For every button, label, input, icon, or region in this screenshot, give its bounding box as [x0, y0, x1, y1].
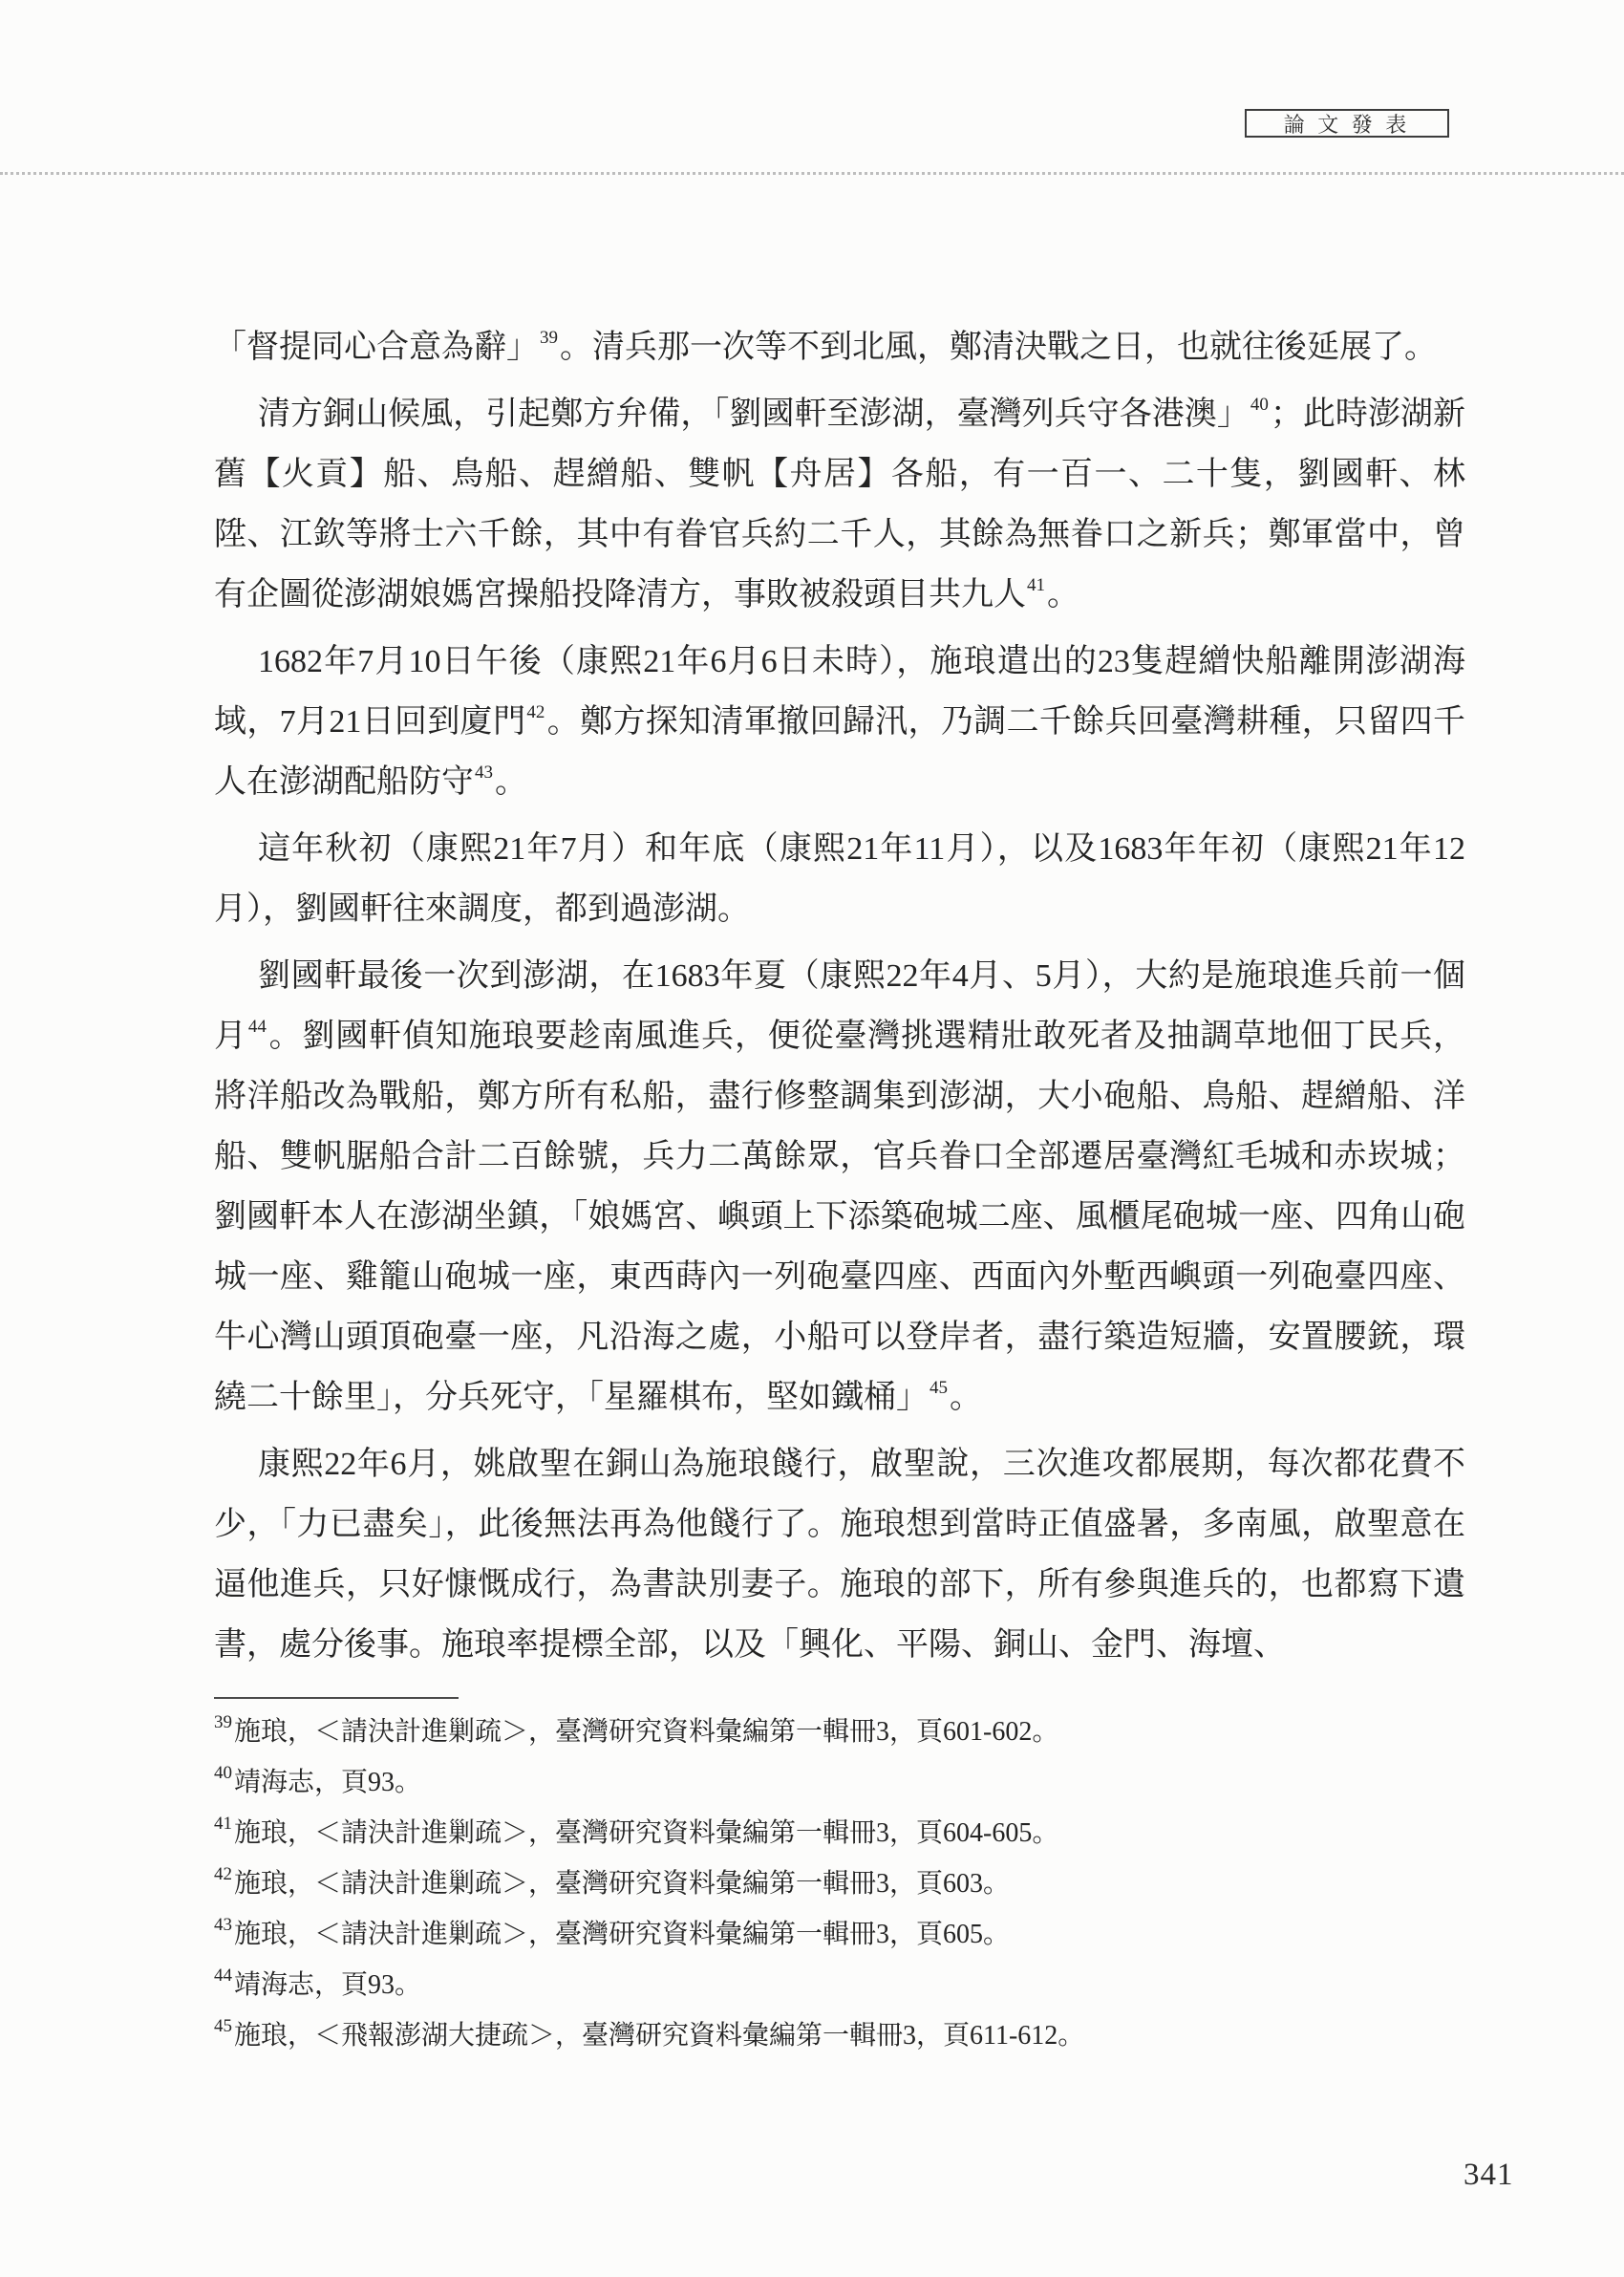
- footnote-ref: 39: [539, 328, 560, 348]
- footnote: 40靖海志，頁93。: [214, 1767, 1485, 1799]
- footnote-text: 靖海志，頁93。: [234, 1970, 421, 2000]
- footnote-text: 施琅，＜請決計進剿疏＞，臺灣研究資料彙編第一輯冊3，頁601-602。: [234, 1717, 1058, 1747]
- body-paragraph: 這年秋初（康熙21年7月）和年底（康熙21年11月），以及1683年年初（康熙2…: [214, 819, 1465, 939]
- session-header-badge: 論 文 發 表: [1245, 109, 1449, 138]
- footnote-number: 43: [214, 1915, 234, 1935]
- footnote-number: 39: [214, 1712, 234, 1732]
- body-paragraph: 康熙22年6月，姚啟聖在銅山為施琅餞行，啟聖說，三次進攻都展期，每次都花費不少，…: [214, 1434, 1465, 1675]
- footnote-number: 40: [214, 1763, 234, 1783]
- footnote: 45施琅，＜飛報澎湖大捷疏＞，臺灣研究資料彙編第一輯冊3，頁611-612。: [214, 2020, 1485, 2052]
- footnote-ref: 40: [1250, 395, 1271, 415]
- footnote: 39施琅，＜請決計進剿疏＞，臺灣研究資料彙編第一輯冊3，頁601-602。: [214, 1716, 1485, 1749]
- document-page: 論 文 發 表 「督提同心合意為辭」39。清兵那一次等不到北風，鄭清決戰之日，也…: [0, 0, 1624, 2277]
- page-number: 341: [1464, 2158, 1514, 2193]
- footnote-ref: 45: [929, 1378, 950, 1398]
- footnote-separator: [214, 1697, 459, 1699]
- body-text: 「督提同心合意為辭」39。清兵那一次等不到北風，鄭清決戰之日，也就往後延展了。清…: [214, 317, 1465, 1675]
- footnote-number: 45: [214, 2016, 234, 2036]
- body-paragraph: 1682年7月10日午後（康熙21年6月6日未時），施琅遣出的23隻趕繒快船離開…: [214, 632, 1465, 812]
- footnote-text: 施琅，＜飛報澎湖大捷疏＞，臺灣研究資料彙編第一輯冊3，頁611-612。: [234, 2021, 1084, 2051]
- body-paragraph: 清方銅山候風，引起鄭方弁備，「劉國軒至澎湖，臺灣列兵守各港澳」40；此時澎湖新舊…: [214, 384, 1465, 625]
- footnote-text: 施琅，＜請決計進剿疏＞，臺灣研究資料彙編第一輯冊3，頁605。: [234, 1920, 1010, 1949]
- footnote-ref: 42: [525, 702, 546, 722]
- body-paragraph: 劉國軒最後一次到澎湖，在1683年夏（康熙22年4月、5月），大約是施琅進兵前一…: [214, 946, 1465, 1428]
- footnote-ref: 44: [247, 1017, 268, 1037]
- header-divider: [0, 172, 1624, 175]
- footnote: 41施琅，＜請決計進剿疏＞，臺灣研究資料彙編第一輯冊3，頁604-605。: [214, 1817, 1485, 1850]
- footnotes-section: 39施琅，＜請決計進剿疏＞，臺灣研究資料彙編第一輯冊3，頁601-602。40靖…: [214, 1716, 1485, 2071]
- session-header-label: 論 文 發 表: [1284, 109, 1411, 139]
- footnote-number: 41: [214, 1814, 234, 1834]
- footnote-text: 施琅，＜請決計進剿疏＞，臺灣研究資料彙編第一輯冊3，頁603。: [234, 1869, 1010, 1899]
- footnote-number: 42: [214, 1864, 234, 1884]
- footnote: 44靖海志，頁93。: [214, 1969, 1485, 2002]
- footnote: 43施琅，＜請決計進剿疏＞，臺灣研究資料彙編第一輯冊3，頁605。: [214, 1919, 1485, 1951]
- footnote-text: 靖海志，頁93。: [234, 1768, 421, 1797]
- footnote: 42施琅，＜請決計進剿疏＞，臺灣研究資料彙編第一輯冊3，頁603。: [214, 1868, 1485, 1901]
- footnote-ref: 43: [474, 763, 495, 783]
- body-paragraph: 「督提同心合意為辭」39。清兵那一次等不到北風，鄭清決戰之日，也就往後延展了。: [214, 317, 1465, 377]
- footnote-number: 44: [214, 1966, 234, 1986]
- footnote-text: 施琅，＜請決計進剿疏＞，臺灣研究資料彙編第一輯冊3，頁604-605。: [234, 1818, 1058, 1848]
- footnote-ref: 41: [1026, 575, 1047, 595]
